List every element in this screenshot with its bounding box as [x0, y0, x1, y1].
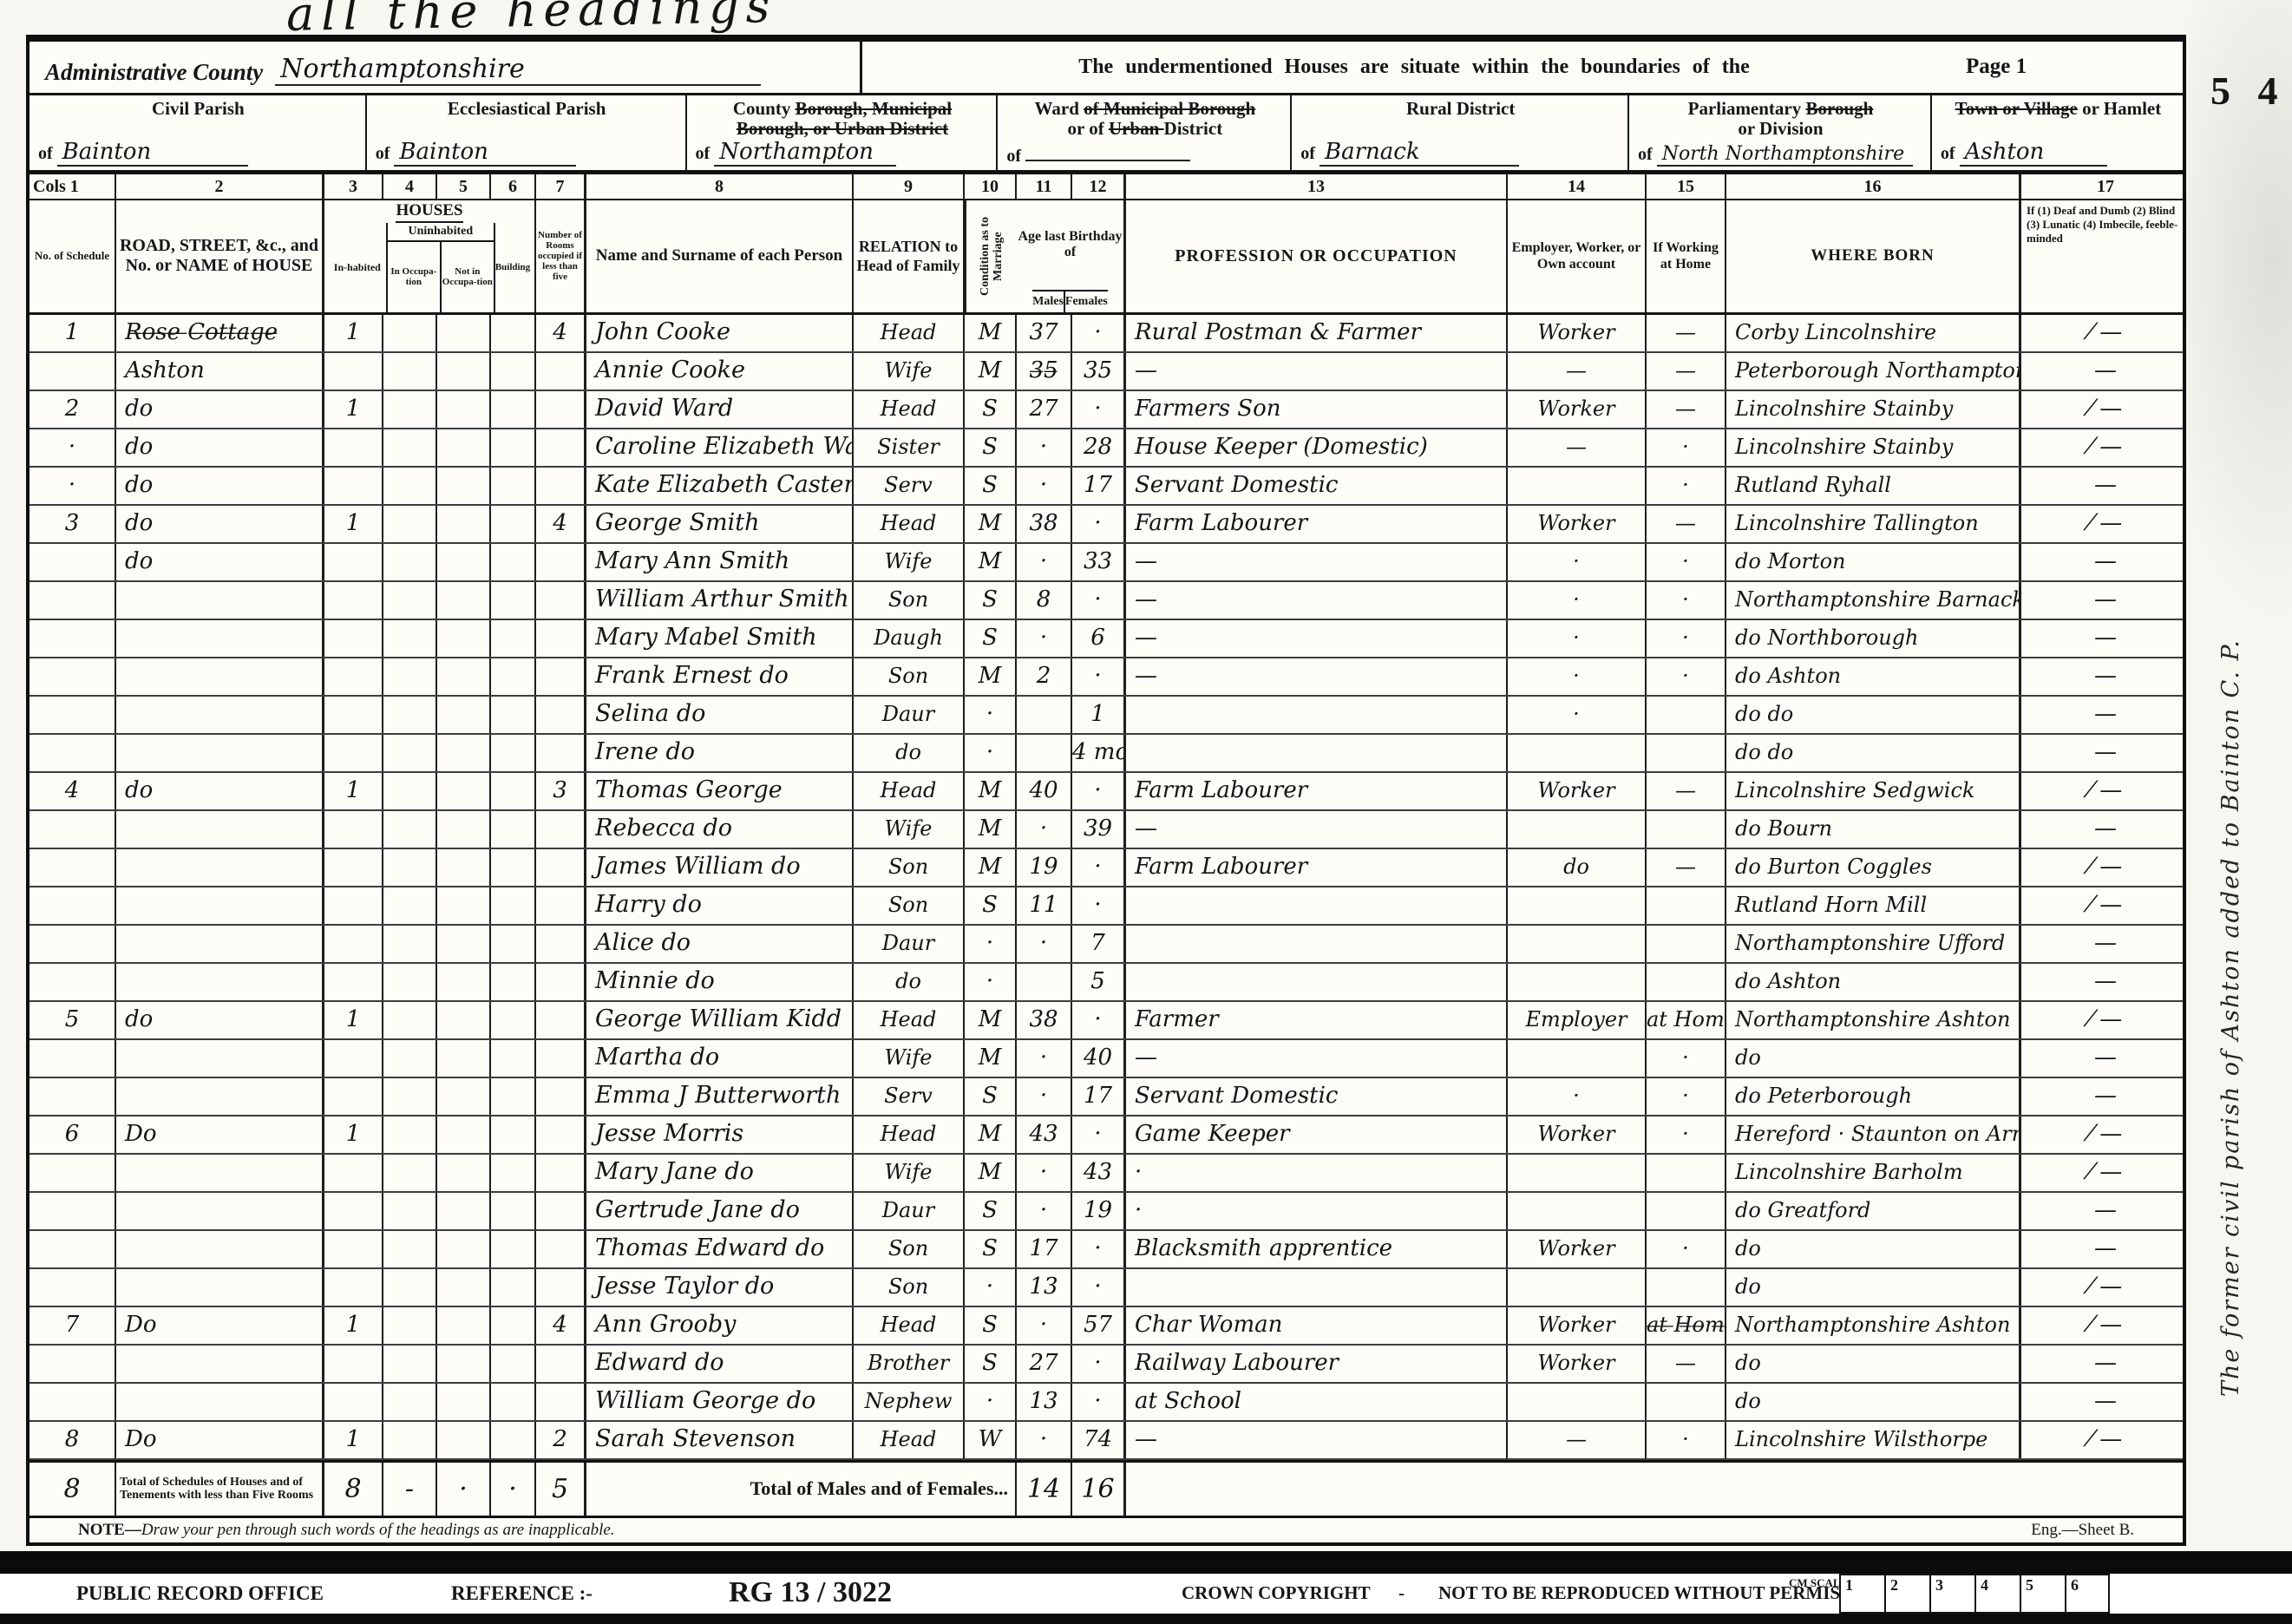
- cell-age-female: ·: [1072, 391, 1126, 428]
- town-hamlet-label: Town or Village or Hamlet: [1941, 99, 2176, 119]
- cell-where-born: Lincolnshire Tallington: [1726, 506, 2021, 542]
- cell-uninhabited-in-occupation: [383, 1231, 437, 1267]
- cell-where-born: do Peterborough: [1726, 1078, 2021, 1115]
- header-infirmity: If (1) Deaf and Dumb (2) Blind (3) Lunat…: [2021, 200, 2190, 312]
- cell-uninhabited-not-occupation: [437, 697, 491, 733]
- cell-name: Emma J Butterworth: [586, 1078, 854, 1115]
- cell-name: Jesse Taylor do: [586, 1269, 854, 1306]
- cell-road: Ashton: [116, 353, 324, 390]
- cell-inhabited: 1: [324, 1307, 383, 1344]
- cell-age-female: 17: [1072, 468, 1126, 504]
- of-label: of: [696, 144, 711, 163]
- cell-working-at-home: ·: [1647, 582, 1726, 619]
- admin-county-box: Administrative County Northamptonshire: [29, 42, 862, 93]
- cell-condition: S: [965, 391, 1017, 428]
- ward-value: [1025, 160, 1190, 161]
- cell-schedule-number: 1: [29, 315, 116, 351]
- header-employer: Employer, Worker, or Own account: [1508, 200, 1647, 312]
- cell-infirmity: ⁄ —: [2021, 1002, 2190, 1038]
- of-label: of: [1638, 145, 1653, 164]
- cell-schedule-number: [29, 1193, 116, 1229]
- cell-road: Do: [116, 1422, 324, 1458]
- cell-condition: ·: [965, 1384, 1017, 1420]
- cell-where-born: Rutland Ryhall: [1726, 468, 2021, 504]
- cell-age-female: 33: [1072, 544, 1126, 580]
- cell-relation: Serv: [854, 468, 965, 504]
- cell-age-male: 11: [1017, 887, 1072, 924]
- table-row: · do Kate Elizabeth Casterton Serv S · 1…: [29, 468, 2183, 506]
- cell-occupation: ·: [1126, 1155, 1508, 1191]
- cell-road: Do: [116, 1116, 324, 1153]
- totals-rooms: 5: [536, 1463, 586, 1516]
- cell-age-male: ·: [1017, 1078, 1072, 1115]
- of-label: of: [376, 144, 390, 163]
- totals-row: 8 Total of Schedules of Houses and of Te…: [29, 1460, 2183, 1518]
- cell-uninhabited-in-occupation: [383, 887, 437, 924]
- cell-rooms: [536, 964, 586, 1000]
- cell-working-at-home: —: [1647, 315, 1726, 351]
- cell-working-at-home: a̶t̶ ̶H̶o̶m̶e̶: [1647, 1307, 1726, 1344]
- cell-building: [491, 1116, 536, 1153]
- cell-employer: [1508, 1193, 1647, 1229]
- cell-employer: [1508, 468, 1647, 504]
- cell-employer: Worker: [1508, 1346, 1647, 1382]
- cell-infirmity: —: [2021, 658, 2190, 695]
- cell-building: [491, 1307, 536, 1344]
- cell-where-born: do Morton: [1726, 544, 2021, 580]
- cell-infirmity: ⁄ —: [2021, 1422, 2190, 1458]
- cell-building: [491, 926, 536, 962]
- cell-uninhabited-not-occupation: [437, 926, 491, 962]
- cell-name: John Cooke: [586, 315, 854, 351]
- cell-relation: Sister: [854, 429, 965, 466]
- cell-employer: [1508, 1384, 1647, 1420]
- cell-building: [491, 582, 536, 619]
- cell-name: Minnie do: [586, 964, 854, 1000]
- header-road: ROAD, STREET, &c., and No. or NAME of HO…: [116, 200, 324, 312]
- cell-condition: ·: [965, 964, 1017, 1000]
- table-row: Mary Mabel Smith Daugh S · 6 — · · do No…: [29, 620, 2183, 658]
- cell-road: [116, 1231, 324, 1267]
- cell-uninhabited-in-occupation: [383, 391, 437, 428]
- cell-name: Mary Jane do: [586, 1155, 854, 1191]
- table-row: Selina do Daur · 1 · do do —: [29, 697, 2183, 735]
- note-text: NOTE—Draw your pen through such words of…: [78, 1521, 615, 1540]
- cell-inhabited: [324, 697, 383, 733]
- cell-occupation: House Keeper (Domestic): [1126, 429, 1508, 466]
- cell-inhabited: 1: [324, 315, 383, 351]
- cell-inhabited: [324, 1193, 383, 1229]
- cell-where-born: Lincolnshire Barholm: [1726, 1155, 2021, 1191]
- cell-age-male: 27: [1017, 391, 1072, 428]
- cell-employer: ·: [1508, 697, 1647, 733]
- cell-rooms: [536, 926, 586, 962]
- parish-row: Civil Parish of Bainton Ecclesiastical P…: [29, 95, 2183, 174]
- cell-age-female: ·: [1072, 1002, 1126, 1038]
- cell-inhabited: [324, 1040, 383, 1077]
- cell-age-male: ·: [1017, 1193, 1072, 1229]
- cell-uninhabited-not-occupation: [437, 849, 491, 886]
- cell-building: [491, 964, 536, 1000]
- cell-uninhabited-not-occupation: [437, 1384, 491, 1420]
- cell-occupation: —: [1126, 582, 1508, 619]
- cell-building: [491, 1384, 536, 1420]
- table-row: do Mary Ann Smith Wife M · 33 — · · do M…: [29, 544, 2183, 582]
- parliamentary-value: North Northamptonshire: [1657, 143, 1913, 167]
- cell-employer: Worker: [1508, 315, 1647, 351]
- public-record-office-label: PUBLIC RECORD OFFICE: [76, 1582, 324, 1605]
- cell-schedule-number: 8: [29, 1422, 116, 1458]
- cell-age-male: 27: [1017, 1346, 1072, 1382]
- cell-where-born: Northamptonshire Ufford: [1726, 926, 2021, 962]
- cell-uninhabited-not-occupation: [437, 620, 491, 657]
- cell-age-female: 5: [1072, 964, 1126, 1000]
- cell-employer: Worker: [1508, 506, 1647, 542]
- cell-occupation: —: [1126, 544, 1508, 580]
- of-label: of: [1941, 144, 1955, 163]
- header-where-born: WHERE BORN: [1726, 200, 2021, 312]
- cell-road: [116, 658, 324, 695]
- cell-name: Rebecca do: [586, 811, 854, 848]
- cell-relation: Brother: [854, 1346, 965, 1382]
- cell-occupation: Railway Labourer: [1126, 1346, 1508, 1382]
- cell-employer: ·: [1508, 544, 1647, 580]
- cell-age-female: 17: [1072, 1078, 1126, 1115]
- cell-occupation: [1126, 964, 1508, 1000]
- cell-condition: S: [965, 620, 1017, 657]
- cell-condition: S: [965, 468, 1017, 504]
- cell-working-at-home: ·: [1647, 658, 1726, 695]
- cell-relation: Son: [854, 849, 965, 886]
- cell-occupation: [1126, 887, 1508, 924]
- cell-road: [116, 1346, 324, 1382]
- col-num: 5: [437, 174, 491, 199]
- cell-relation: Head: [854, 315, 965, 351]
- cell-working-at-home: ·: [1647, 1078, 1726, 1115]
- cell-relation: Head: [854, 1422, 965, 1458]
- county-borough-box: County Borough, MunicipalBorough, or Urb…: [687, 95, 999, 170]
- cell-infirmity: —: [2021, 964, 2190, 1000]
- cell-road: [116, 1078, 324, 1115]
- footer-separator: -: [1398, 1582, 1405, 1604]
- header-females: Females: [1065, 291, 1108, 312]
- cell-schedule-number: 6: [29, 1116, 116, 1153]
- cell-rooms: 4: [536, 506, 586, 542]
- cell-condition: M: [965, 849, 1017, 886]
- cell-schedule-number: [29, 1231, 116, 1267]
- cell-building: [491, 1040, 536, 1077]
- cell-rooms: [536, 620, 586, 657]
- cell-road: do: [116, 544, 324, 580]
- cell-infirmity: —: [2021, 735, 2190, 771]
- cell-uninhabited-not-occupation: [437, 1155, 491, 1191]
- cell-schedule-number: [29, 887, 116, 924]
- cell-relation: Head: [854, 1116, 965, 1153]
- cell-building: [491, 391, 536, 428]
- column-number-row: Cols 1 2 3 4 5 6 7 8 9 10 11 12 13 14 15…: [29, 174, 2183, 200]
- cell-infirmity: ⁄ —: [2021, 506, 2190, 542]
- civil-parish-value: Bainton: [57, 139, 248, 167]
- cell-road: [116, 811, 324, 848]
- ecclesiastical-parish-value: Bainton: [394, 139, 576, 167]
- cell-rooms: [536, 1231, 586, 1267]
- cell-schedule-number: [29, 1078, 116, 1115]
- cell-road: [116, 926, 324, 962]
- cell-uninhabited-not-occupation: [437, 735, 491, 771]
- footer-band: PUBLIC RECORD OFFICE REFERENCE :- RG 13 …: [0, 1574, 2292, 1614]
- cell-employer: ·: [1508, 582, 1647, 619]
- cell-inhabited: [324, 1231, 383, 1267]
- cell-where-born: Peterborough Northampton: [1726, 353, 2021, 390]
- cell-age-male: 17: [1017, 1231, 1072, 1267]
- rural-district-label: Rural District: [1300, 99, 1621, 119]
- cell-working-at-home: ·: [1647, 544, 1726, 580]
- cell-relation: do: [854, 964, 965, 1000]
- cell-relation: Wife: [854, 544, 965, 580]
- cell-employer: Employer: [1508, 1002, 1647, 1038]
- cell-relation: Daur: [854, 1193, 965, 1229]
- table-row: William Arthur Smith Son S 8 · — · · Nor…: [29, 582, 2183, 620]
- cell-rooms: [536, 544, 586, 580]
- cell-employer: —: [1508, 429, 1647, 466]
- cell-rooms: [536, 1078, 586, 1115]
- cell-schedule-number: [29, 926, 116, 962]
- cell-building: [491, 468, 536, 504]
- cell-uninhabited-in-occupation: [383, 544, 437, 580]
- header-not-in-occupation: Not in Occupa-tion: [442, 242, 494, 312]
- cell-where-born: do do: [1726, 735, 2021, 771]
- cell-uninhabited-not-occupation: [437, 506, 491, 542]
- cm-scale-ruler: 1 2 3 4 5 6: [1839, 1574, 2110, 1614]
- cell-age-male: 2: [1017, 658, 1072, 695]
- cell-where-born: Lincolnshire Stainby: [1726, 391, 2021, 428]
- cell-condition: M: [965, 773, 1017, 809]
- col-num: 13: [1126, 174, 1508, 199]
- cell-employer: Worker: [1508, 1116, 1647, 1153]
- scale-tick: 5: [2020, 1574, 2065, 1614]
- header-age: Age last Birthday of: [1017, 200, 1123, 290]
- totals-label: Total of Schedules of Houses and of Tene…: [116, 1463, 324, 1516]
- cell-uninhabited-not-occupation: [437, 1116, 491, 1153]
- cell-building: [491, 1155, 536, 1191]
- cell-where-born: do: [1726, 1040, 2021, 1077]
- cell-name: Frank Ernest do: [586, 658, 854, 695]
- col-num: 11: [1017, 174, 1072, 199]
- cell-infirmity: —: [2021, 582, 2190, 619]
- cell-age-male: ·: [1017, 1155, 1072, 1191]
- cell-age-male: ·: [1017, 620, 1072, 657]
- cell-where-born: Lincolnshire Wilsthorpe: [1726, 1422, 2021, 1458]
- cell-where-born: do do: [1726, 697, 2021, 733]
- table-row: 8 Do 1 2 Sarah Stevenson Head W · 74 — —…: [29, 1422, 2183, 1460]
- cell-age-male: 43: [1017, 1116, 1072, 1153]
- cell-rooms: [536, 582, 586, 619]
- scale-tick: 2: [1884, 1574, 1929, 1614]
- of-label: of: [38, 144, 53, 163]
- cell-building: [491, 887, 536, 924]
- cell-road: do: [116, 1002, 324, 1038]
- cell-working-at-home: —: [1647, 1346, 1726, 1382]
- cell-condition: S: [965, 1193, 1017, 1229]
- cell-name: Selina do: [586, 697, 854, 733]
- cell-rooms: [536, 1269, 586, 1306]
- cell-occupation: —: [1126, 1040, 1508, 1077]
- cell-schedule-number: [29, 582, 116, 619]
- cell-road: Do: [116, 1307, 324, 1344]
- cell-age-male: ·: [1017, 811, 1072, 848]
- cell-rooms: [536, 1346, 586, 1382]
- reference-value: RG 13 / 3022: [729, 1576, 892, 1609]
- of-label: of: [1300, 144, 1315, 163]
- cell-working-at-home: —: [1647, 353, 1726, 390]
- cell-age-male: ·: [1017, 1040, 1072, 1077]
- cell-condition: S: [965, 1346, 1017, 1382]
- cell-occupation: —: [1126, 353, 1508, 390]
- cell-condition: ·: [965, 926, 1017, 962]
- scale-tick: 6: [2065, 1574, 2110, 1614]
- cell-uninhabited-in-occupation: [383, 1116, 437, 1153]
- totals-in-occupation: -: [383, 1463, 437, 1516]
- cell-infirmity: ⁄ —: [2021, 1269, 2190, 1306]
- cell-where-born: do Northborough: [1726, 620, 2021, 657]
- cell-schedule-number: 3: [29, 506, 116, 542]
- cell-age-female: 39: [1072, 811, 1126, 848]
- cell-building: [491, 1002, 536, 1038]
- cell-where-born: do Ashton: [1726, 658, 2021, 695]
- cell-uninhabited-in-occupation: [383, 1040, 437, 1077]
- town-hamlet-value: Ashton: [1960, 139, 2107, 167]
- cell-infirmity: —: [2021, 544, 2190, 580]
- table-row: 3 do 1 4 George Smith Head M 38 · Farm L…: [29, 506, 2183, 544]
- cell-uninhabited-in-occupation: [383, 1193, 437, 1229]
- cell-name: Sarah Stevenson: [586, 1422, 854, 1458]
- table-row: 7 Do 1 4 Ann Grooby Head S · 57 Char Wom…: [29, 1307, 2183, 1346]
- note-row: NOTE—Draw your pen through such words of…: [29, 1518, 2183, 1542]
- cell-relation: Son: [854, 1269, 965, 1306]
- cell-infirmity: —: [2021, 1078, 2190, 1115]
- table-row: Thomas Edward do Son S 17 · Blacksmith a…: [29, 1231, 2183, 1269]
- header-building: Building: [495, 223, 530, 312]
- cell-name: James William do: [586, 849, 854, 886]
- ecclesiastical-parish-label: Ecclesiastical Parish: [376, 99, 678, 119]
- cell-building: [491, 811, 536, 848]
- cell-road: [116, 582, 324, 619]
- cell-building: [491, 1269, 536, 1306]
- cell-age-female: ·: [1072, 315, 1126, 351]
- cell-occupation: —: [1126, 620, 1508, 657]
- cell-where-born: Hereford · Staunton on Arrow: [1726, 1116, 2021, 1153]
- cell-employer: [1508, 735, 1647, 771]
- cell-name: Ann Grooby: [586, 1307, 854, 1344]
- cell-building: [491, 773, 536, 809]
- cell-name: Mary Mabel Smith: [586, 620, 854, 657]
- cell-infirmity: ⁄ —: [2021, 1307, 2190, 1344]
- cell-schedule-number: 5: [29, 1002, 116, 1038]
- cell-age-male: 8: [1017, 582, 1072, 619]
- cell-building: [491, 506, 536, 542]
- header-relation: RELATION to Head of Family: [854, 200, 965, 312]
- cell-rooms: [536, 468, 586, 504]
- totals-males-females-label: Total of Males and of Females...: [586, 1463, 1017, 1516]
- cell-relation: Son: [854, 658, 965, 695]
- cell-relation: Nephew: [854, 1384, 965, 1420]
- cell-age-male: 13: [1017, 1384, 1072, 1420]
- cell-inhabited: 1: [324, 1002, 383, 1038]
- cell-occupation: —: [1126, 811, 1508, 848]
- table-row: William George do Nephew · 13 · at Schoo…: [29, 1384, 2183, 1422]
- cell-name: Caroline Elizabeth Ward: [586, 429, 854, 466]
- cell-uninhabited-not-occupation: [437, 1040, 491, 1077]
- cell-working-at-home: [1647, 1155, 1726, 1191]
- folio-number-stamp: 5 4: [2210, 68, 2287, 114]
- cell-working-at-home: ·: [1647, 620, 1726, 657]
- cell-uninhabited-in-occupation: [383, 964, 437, 1000]
- cell-inhabited: 1: [324, 773, 383, 809]
- totals-blank: [1126, 1463, 2190, 1516]
- cell-working-at-home: [1647, 1193, 1726, 1229]
- cell-schedule-number: 2: [29, 391, 116, 428]
- cell-condition: S: [965, 582, 1017, 619]
- cell-occupation: —: [1126, 1422, 1508, 1458]
- cell-road: [116, 1040, 324, 1077]
- header-occupation: PROFESSION OR OCCUPATION: [1126, 200, 1508, 312]
- cell-name: Harry do: [586, 887, 854, 924]
- page-number-label: Page 1: [1966, 55, 2183, 79]
- cell-relation: Head: [854, 1307, 965, 1344]
- cell-inhabited: [324, 658, 383, 695]
- cell-building: [491, 1346, 536, 1382]
- cell-where-born: do: [1726, 1346, 2021, 1382]
- cell-schedule-number: [29, 1269, 116, 1306]
- cell-name: George Smith: [586, 506, 854, 542]
- cell-relation: Head: [854, 506, 965, 542]
- header-uninhabited: Uninhabited: [388, 223, 494, 242]
- cell-inhabited: [324, 1155, 383, 1191]
- cell-road: do: [116, 391, 324, 428]
- cell-uninhabited-in-occupation: [383, 926, 437, 962]
- cell-occupation: Farmer: [1126, 1002, 1508, 1038]
- census-form: Administrative County Northamptonshire T…: [26, 35, 2186, 1546]
- cell-where-born: Lincolnshire Stainby: [1726, 429, 2021, 466]
- table-row: Alice do Daur · · 7 Northamptonshire Uff…: [29, 926, 2183, 964]
- totals-males: 14: [1017, 1463, 1072, 1516]
- cell-working-at-home: [1647, 926, 1726, 962]
- cell-where-born: do Greatford: [1726, 1193, 2021, 1229]
- footer-bottom-bar: [0, 1614, 2292, 1624]
- ward-label: Ward of Municipal Boroughor of Urban Dis…: [1006, 99, 1283, 139]
- cell-building: [491, 1422, 536, 1458]
- cell-inhabited: [324, 429, 383, 466]
- cell-age-female: ·: [1072, 1384, 1126, 1420]
- cell-age-male: [1017, 697, 1072, 733]
- cell-occupation: Farmers Son: [1126, 391, 1508, 428]
- cell-road: do: [116, 468, 324, 504]
- cell-age-male: ·: [1017, 1422, 1072, 1458]
- cell-occupation: Farm Labourer: [1126, 773, 1508, 809]
- cell-age-female: 74: [1072, 1422, 1126, 1458]
- cell-condition: M: [965, 658, 1017, 695]
- table-row: James William do Son M 19 · Farm Laboure…: [29, 849, 2183, 887]
- cell-uninhabited-in-occupation: [383, 1346, 437, 1382]
- county-borough-value: Northampton: [714, 139, 896, 167]
- cell-condition: M: [965, 1040, 1017, 1077]
- town-hamlet-box: Town or Village or Hamlet of Ashton: [1932, 95, 2183, 170]
- cell-condition: M: [965, 353, 1017, 390]
- cell-relation: Wife: [854, 811, 965, 848]
- cell-infirmity: ⁄ —: [2021, 1116, 2190, 1153]
- cell-where-born: Rutland Horn Mill: [1726, 887, 2021, 924]
- cell-age-female: 35: [1072, 353, 1126, 390]
